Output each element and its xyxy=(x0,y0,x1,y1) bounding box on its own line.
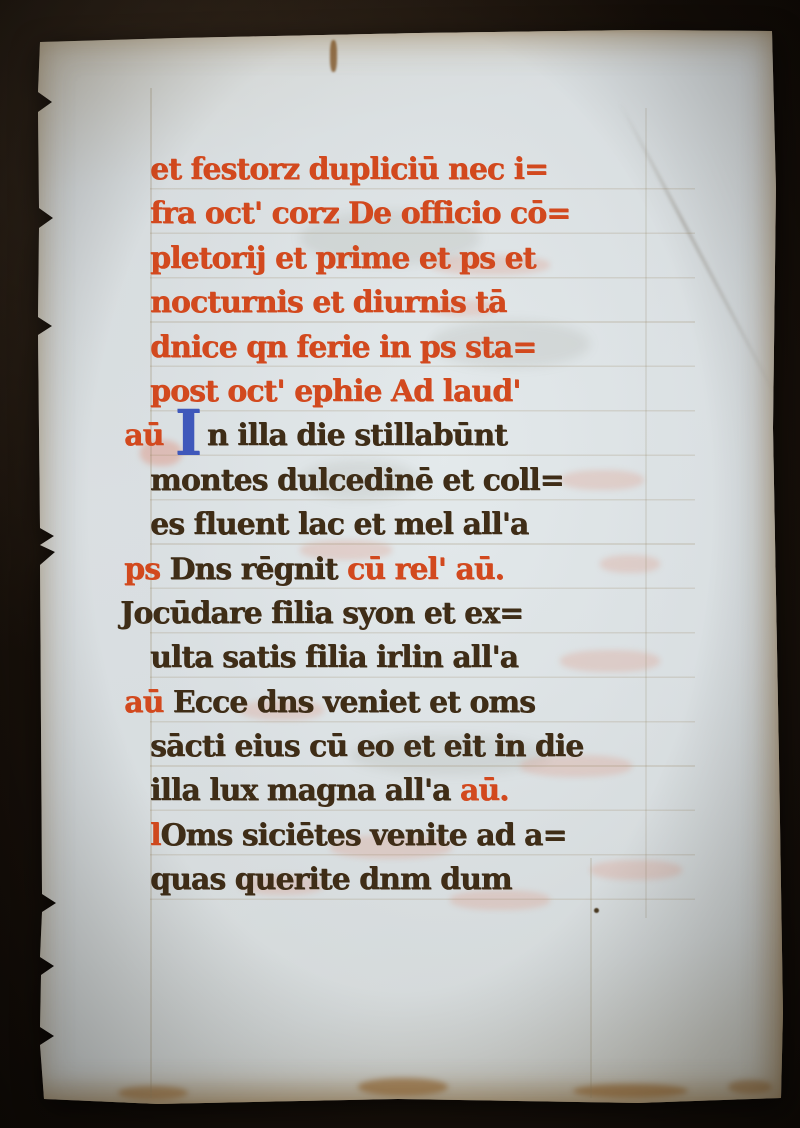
text-line: aū Ecce dns veniet et oms xyxy=(124,681,695,725)
text-line: quas querite dnm dum xyxy=(150,858,695,902)
text-segment: nocturnis et diurnis tā xyxy=(150,285,506,320)
text-segment: Ecce dns veniet et oms xyxy=(173,685,535,720)
stain-bottom-edge xyxy=(358,1078,448,1096)
photo-backdrop: et festorz dupliciū nec i=fra oct' corz … xyxy=(0,0,800,1128)
text-line: et festorz dupliciū nec i= xyxy=(150,148,695,192)
text-segment: sācti eius cū eo et eit in die xyxy=(150,729,583,764)
text-line: dnice qn ferie in ps sta= xyxy=(150,326,695,370)
text-segment: fra oct' corz De officio cō= xyxy=(150,196,570,231)
text-segment: quas querite dnm dum xyxy=(150,862,512,897)
text-segment: Jocūdare filia syon et ex= xyxy=(120,596,523,631)
text-segment: ulta satis filia irlin all'a xyxy=(150,640,518,675)
text-segment: es fluent lac et mel all'a xyxy=(150,507,528,542)
text-segment: l xyxy=(150,818,160,853)
text-segment: illa lux magna all'a xyxy=(150,773,460,808)
text-segment: et festorz dupliciū nec i= xyxy=(150,152,548,187)
text-line: ps Dns rēgnit cū rel' aū. xyxy=(124,548,695,592)
text-segment: pletorij et prime et ps et xyxy=(150,241,535,276)
manuscript-leaf: et festorz dupliciū nec i=fra oct' corz … xyxy=(28,28,784,1106)
text-line: pletorij et prime et ps et xyxy=(150,237,695,281)
stain-bottom-edge xyxy=(118,1086,188,1100)
text-line: montes dulcedinē et coll= xyxy=(150,459,695,503)
speck-stain xyxy=(594,908,599,913)
text-segment: montes dulcedinē et coll= xyxy=(150,463,564,498)
text-line: fra oct' corz De officio cō= xyxy=(150,192,695,236)
text-line: illa lux magna all'a aū. xyxy=(150,769,695,813)
text-segment: n illa die stillabūnt xyxy=(207,418,507,453)
text-segment: aū. xyxy=(460,773,509,808)
text-line: lOms siciētes venite ad a= xyxy=(150,814,695,858)
text-segment: aū xyxy=(124,418,173,453)
text-line: Jocūdare filia syon et ex= xyxy=(120,592,695,636)
manuscript-leaf-shadow: et festorz dupliciū nec i=fra oct' corz … xyxy=(0,0,800,1128)
text-line: es fluent lac et mel all'a xyxy=(150,503,695,547)
text-line: post oct' ephie Ad laud' xyxy=(150,370,695,414)
text-segment: cū rel' aū. xyxy=(347,552,504,587)
text-line: aū In illa die stillabūnt xyxy=(124,414,695,458)
text-segment: Oms siciētes venite ad a= xyxy=(160,818,566,853)
ink-stain-top-edge xyxy=(330,40,337,72)
text-segment: post oct' ephie Ad laud' xyxy=(150,374,520,409)
text-segment: aū xyxy=(124,685,173,720)
text-line: sācti eius cū eo et eit in die xyxy=(150,725,695,769)
text-line: nocturnis et diurnis tā xyxy=(150,281,695,325)
text-segment: Dns rēgnit xyxy=(169,552,347,587)
text-segment: dnice qn ferie in ps sta= xyxy=(150,330,536,365)
text-line: ulta satis filia irlin all'a xyxy=(150,636,695,680)
text-block: et festorz dupliciū nec i=fra oct' corz … xyxy=(150,148,695,908)
text-segment: ps xyxy=(124,552,169,587)
stain-bottom-edge xyxy=(728,1080,772,1094)
